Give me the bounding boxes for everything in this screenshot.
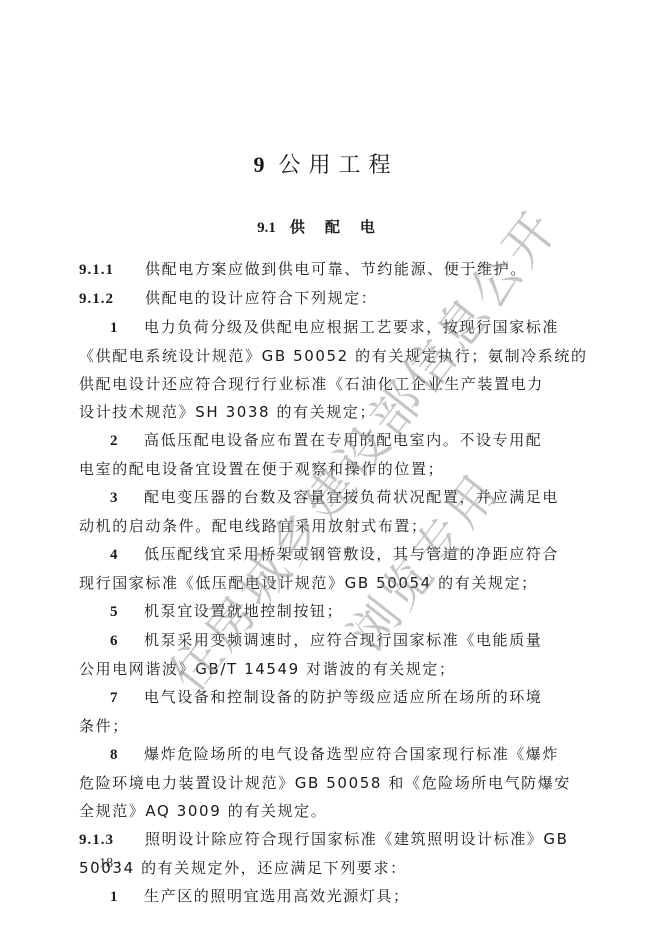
item-text: 高低压配电设备应布置在专用的配电室内。不设专用配 (144, 431, 542, 449)
clause-9-1-1: 9.1.1供配电方案应做到供电可靠、节约能源、便于维护。 (79, 255, 591, 284)
item-number: 7 (110, 684, 144, 712)
item-text: 公用电网谐波》GB/T 14549 对谐波的有关规定； (79, 655, 591, 683)
item-number: 1 (110, 314, 144, 342)
chapter-title: 9公用工程 (0, 148, 652, 179)
clause-text: 供配电的设计应符合下列规定： (145, 289, 377, 307)
chapter-title-text: 公用工程 (278, 153, 398, 178)
document-page: 9公用工程 9.1供配电 9.1.1供配电方案应做到供电可靠、节约能源、便于维护… (0, 0, 652, 946)
list-item: 6机泵采用变频调速时，应符合现行国家标准《电能质量 公用电网谐波》GB/T 14… (79, 626, 591, 683)
item-text: 设计技术规范》SH 3038 的有关规定； (79, 398, 591, 426)
item-text: 电室的配电设备宜设置在便于观察和操作的位置； (79, 455, 591, 483)
item-number: 1 (110, 883, 144, 911)
clause-number: 9.1.3 (79, 826, 145, 854)
clause-9-1-3: 9.1.3照明设计除应符合现行国家标准《建筑照明设计标准》GB 50034 的有… (79, 825, 591, 882)
item-text: 爆炸危险场所的电气设备选型应符合国家现行标准《爆炸 (144, 745, 559, 763)
item-number: 4 (110, 541, 144, 569)
chapter-number: 9 (253, 152, 264, 177)
item-text: 电气设备和控制设备的防护等级应适应所在场所的环境 (144, 688, 542, 706)
item-number: 6 (110, 627, 144, 655)
item-number: 2 (110, 427, 144, 455)
item-text: 配电变压器的台数及容量宜按负荷状况配置，并应满足电 (144, 488, 559, 506)
item-text: 低压配线宜采用桥架或钢管敷设，其与管道的净距应符合 (144, 545, 559, 563)
list-item: 7电气设备和控制设备的防护等级应适应所在场所的环境 条件； (79, 683, 591, 740)
list-item: 4低压配线宜采用桥架或钢管敷设，其与管道的净距应符合 现行国家标准《低压配电设计… (79, 540, 591, 597)
section-title: 9.1供配电 (0, 216, 652, 237)
clause-text: 供配电方案应做到供电可靠、节约能源、便于维护。 (145, 260, 527, 278)
section-title-text: 供配电 (290, 218, 395, 236)
item-text: 条件； (79, 712, 591, 740)
clause-number: 9.1.2 (79, 285, 145, 313)
list-item: 3配电变压器的台数及容量宜按负荷状况配置，并应满足电 动机的启动条件。配电线路宜… (79, 483, 591, 540)
section-number: 9.1 (257, 220, 276, 236)
page-number: · 18 · (91, 856, 121, 872)
item-text: 机泵宜设置就地控制按钮； (144, 602, 343, 620)
item-text: 动机的启动条件。配电线路宜采用放射式布置； (79, 512, 591, 540)
item-text: 机泵采用变频调速时，应符合现行国家标准《电能质量 (144, 631, 542, 649)
item-text: 电力负荷分级及供配电应根据工艺要求，按现行国家标准 (144, 318, 559, 336)
document-body: 9.1.1供配电方案应做到供电可靠、节约能源、便于维护。 9.1.2供配电的设计… (79, 255, 591, 911)
item-text: 生产区的照明宜选用高效光源灯具； (144, 887, 410, 905)
list-item: 1生产区的照明宜选用高效光源灯具； (79, 882, 591, 911)
list-item: 2高低压配电设备应布置在专用的配电室内。不设专用配 电室的配电设备宜设置在便于观… (79, 426, 591, 483)
item-text: 供配电设计还应符合现行行业标准《石油化工企业生产装置电力 (79, 370, 591, 398)
item-text: 全规范》AQ 3009 的有关规定。 (79, 797, 591, 825)
item-text: 《供配电系统设计规范》GB 50052 的有关规定执行；氨制冷系统的 (79, 342, 591, 370)
item-number: 5 (110, 598, 144, 626)
clause-text: 50034 的有关规定外，还应满足下列要求： (79, 854, 591, 882)
clause-9-1-2: 9.1.2供配电的设计应符合下列规定： (79, 284, 591, 313)
item-number: 3 (110, 484, 144, 512)
clause-text: 照明设计除应符合现行国家标准《建筑照明设计标准》GB (145, 830, 569, 848)
list-item: 8爆炸危险场所的电气设备选型应符合国家现行标准《爆炸 危险环境电力装置设计规范》… (79, 740, 591, 825)
item-text: 危险环境电力装置设计规范》GB 50058 和《危险场所电气防爆安 (79, 769, 591, 797)
item-text: 现行国家标准《低压配电设计规范》GB 50054 的有关规定； (79, 569, 591, 597)
list-item: 1电力负荷分级及供配电应根据工艺要求，按现行国家标准 《供配电系统设计规范》GB… (79, 313, 591, 426)
item-number: 8 (110, 741, 144, 769)
list-item: 5机泵宜设置就地控制按钮； (79, 597, 591, 626)
clause-number: 9.1.1 (79, 256, 145, 284)
